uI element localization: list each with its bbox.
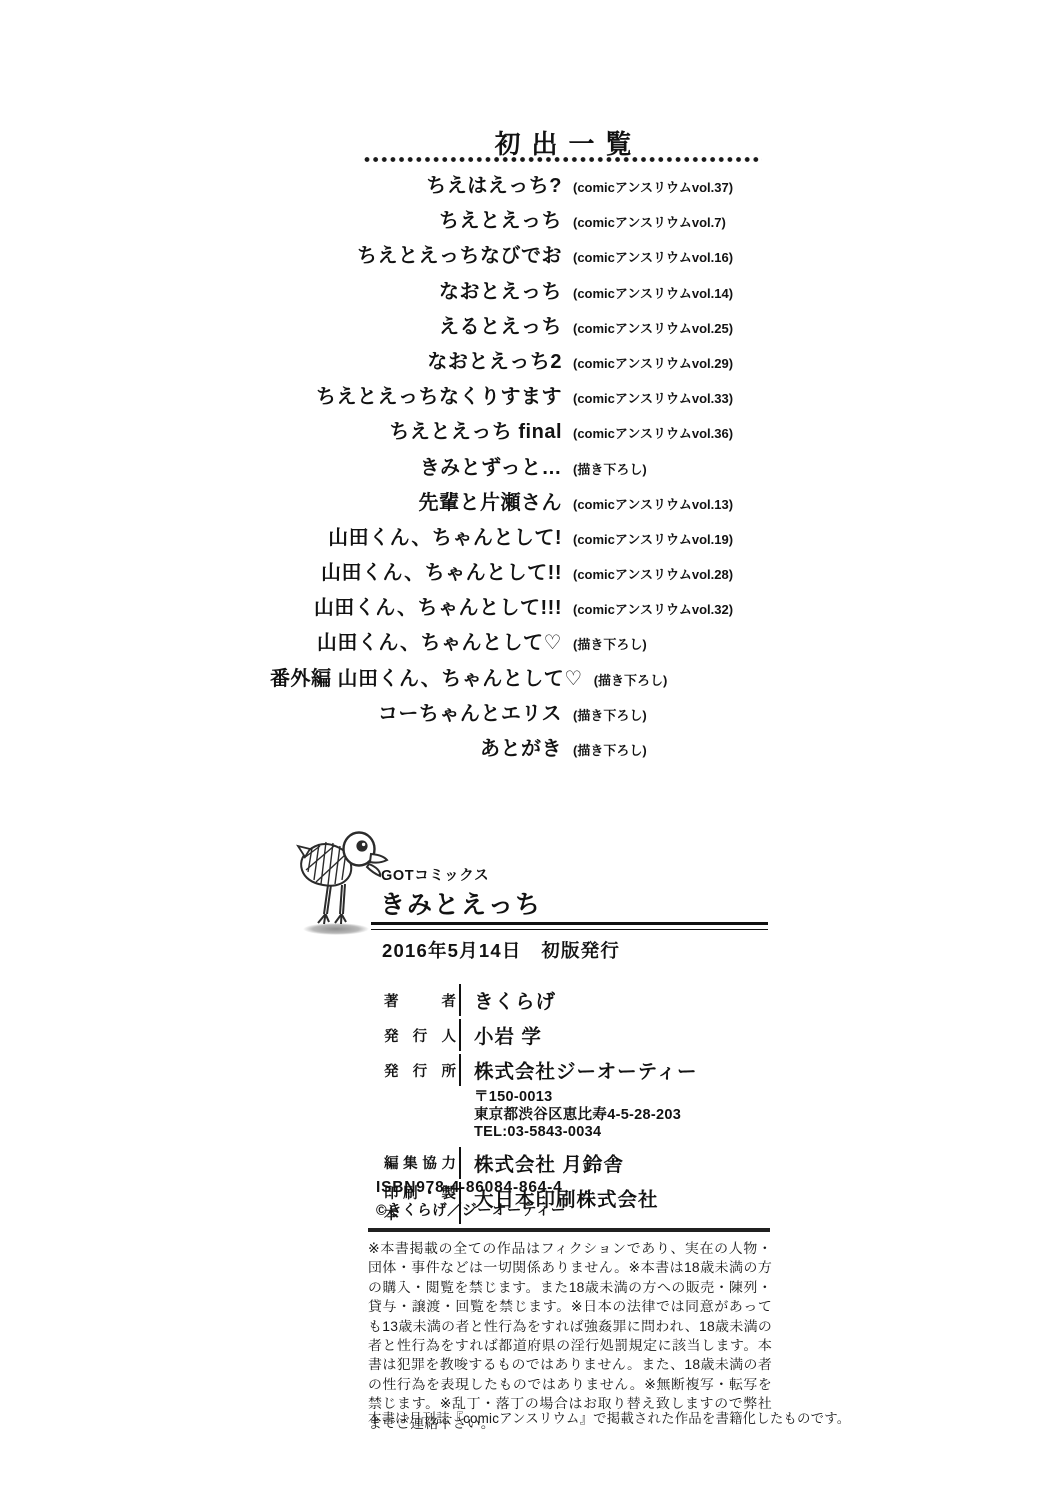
work-source: (comicアンスリウムvol.7)	[573, 212, 726, 231]
list-item: 先輩と片瀬さん(comicアンスリウムvol.13)	[270, 486, 790, 521]
work-source: (comicアンスリウムvol.32)	[573, 599, 733, 618]
work-title: ちえとえっちなくりすます	[270, 380, 562, 409]
work-source: (描き下ろし)	[573, 459, 647, 478]
work-source: (comicアンスリウムvol.36)	[573, 423, 733, 442]
work-source: (comicアンスリウムvol.19)	[573, 529, 733, 548]
credit-label: 発行所	[384, 1060, 456, 1081]
work-title: ちえとえっちなびでお	[270, 239, 562, 268]
work-source: (comicアンスリウムvol.25)	[573, 318, 733, 337]
colophon-page: 初出一覧 ちえはえっち?(comicアンスリウムvol.37) ちえとえっち(c…	[0, 0, 1058, 1500]
publication-list: ちえはえっち?(comicアンスリウムvol.37) ちえとえっち(comicア…	[270, 169, 790, 767]
imprint-label: GOTコミックス	[381, 864, 489, 885]
title-divider	[371, 922, 768, 930]
work-source: (comicアンスリウムvol.14)	[573, 283, 733, 302]
list-item: 山田くん、ちゃんとして!!(comicアンスリウムvol.28)	[270, 556, 790, 591]
credit-row-author: 著者 きくらげ	[384, 984, 770, 1016]
edition-date: 2016年5月14日 初版発行	[382, 937, 620, 963]
work-title: 山田くん、ちゃんとして♡	[270, 626, 562, 655]
credit-label: 著者	[384, 990, 456, 1011]
credit-row-publisher-person: 発行人 小岩 学	[384, 1019, 770, 1051]
work-title: ちえとえっち	[270, 204, 562, 233]
work-title: コーちゃんとエリス	[270, 697, 562, 726]
list-item: 山田くん、ちゃんとして!!!(comicアンスリウムvol.32)	[270, 591, 790, 626]
publisher-address: 〒150-0013 東京都渋谷区恵比寿4-5-28-203 TEL:03-584…	[474, 1089, 770, 1142]
work-title: なおとえっち2	[270, 345, 562, 374]
bird-logo-icon	[290, 822, 394, 938]
list-item: ちえとえっち final(comicアンスリウムvol.36)	[270, 415, 790, 450]
postal-code: 〒150-0013	[474, 1089, 770, 1107]
work-source: (描き下ろし)	[573, 634, 647, 653]
work-title: 先輩と片瀬さん	[270, 486, 562, 515]
book-title: きみとえっち	[380, 885, 542, 921]
list-item: 山田くん、ちゃんとして!(comicアンスリウムvol.19)	[270, 521, 790, 556]
list-item: なおとえっち(comicアンスリウムvol.14)	[270, 275, 790, 310]
work-title: えるとえっち	[270, 310, 562, 339]
credit-label: 発行人	[384, 1025, 456, 1046]
work-title: なおとえっち	[270, 275, 562, 304]
work-title: ちえとえっち final	[270, 415, 562, 444]
work-source: (comicアンスリウムvol.37)	[573, 177, 733, 196]
credit-label: 編集協力	[384, 1152, 456, 1173]
phone-line: TEL:03-5843-0034	[474, 1124, 770, 1142]
list-item: ちえとえっちなくりすます(comicアンスリウムvol.33)	[270, 380, 790, 415]
list-item: きみとずっと…(描き下ろし)	[270, 451, 790, 486]
disclaimer-divider	[368, 1228, 770, 1232]
list-item: コーちゃんとエリス(描き下ろし)	[270, 697, 790, 732]
legal-disclaimer: ※本書掲載の全ての作品はフィクションであり、実在の人物・団体・事件などは一切関係…	[368, 1239, 772, 1433]
work-source: (comicアンスリウムvol.16)	[573, 247, 733, 266]
list-item: 山田くん、ちゃんとして♡(描き下ろし)	[270, 626, 790, 661]
credit-value: 株式会社ジーオーティー	[459, 1054, 698, 1086]
credit-value: 株式会社 月鈴舎	[459, 1147, 624, 1179]
work-title: 山田くん、ちゃんとして!!	[270, 556, 562, 585]
work-title: 番外編 山田くん、ちゃんとして♡	[270, 662, 583, 691]
work-title: ちえはえっち?	[270, 169, 562, 198]
copyright: ©きくらげ／ジーオーティー	[376, 1199, 566, 1220]
work-title: 山田くん、ちゃんとして!	[270, 521, 562, 550]
list-item: えるとえっち(comicアンスリウムvol.25)	[270, 310, 790, 345]
address-line: 東京都渋谷区恵比寿4-5-28-203	[474, 1107, 770, 1125]
footer-note: 本書は月刊誌『comicアンスリウム』で掲載された作品を書籍化したものです。	[368, 1408, 780, 1427]
list-item: あとがき(描き下ろし)	[270, 732, 790, 767]
work-source: (comicアンスリウムvol.33)	[573, 388, 733, 407]
list-item: ちえはえっち?(comicアンスリウムvol.37)	[270, 169, 790, 204]
list-item: ちえとえっちなびでお(comicアンスリウムvol.16)	[270, 239, 790, 274]
work-source: (comicアンスリウムvol.28)	[573, 564, 733, 583]
work-source: (comicアンスリウムvol.29)	[573, 353, 733, 372]
work-title: 山田くん、ちゃんとして!!!	[270, 591, 562, 620]
list-item: なおとえっち2(comicアンスリウムvol.29)	[270, 345, 790, 380]
work-source: (描き下ろし)	[573, 705, 647, 724]
credit-row-publisher: 発行所 株式会社ジーオーティー	[384, 1054, 770, 1086]
credit-value: 小岩 学	[459, 1019, 542, 1051]
work-source: (comicアンスリウムvol.13)	[573, 494, 733, 513]
dotted-divider	[364, 156, 762, 163]
isbn: ISBN978-4-86084-864-4	[376, 1179, 563, 1197]
work-source: (描き下ろし)	[573, 740, 647, 759]
credit-row-editing: 編集協力 株式会社 月鈴舎	[384, 1147, 770, 1179]
list-item: 番外編 山田くん、ちゃんとして♡(描き下ろし)	[270, 662, 790, 697]
work-source: (描き下ろし)	[594, 670, 668, 689]
work-title: きみとずっと…	[270, 451, 562, 480]
list-item: ちえとえっち(comicアンスリウムvol.7)	[270, 204, 790, 239]
work-title: あとがき	[270, 732, 562, 761]
credit-value: きくらげ	[459, 984, 556, 1016]
